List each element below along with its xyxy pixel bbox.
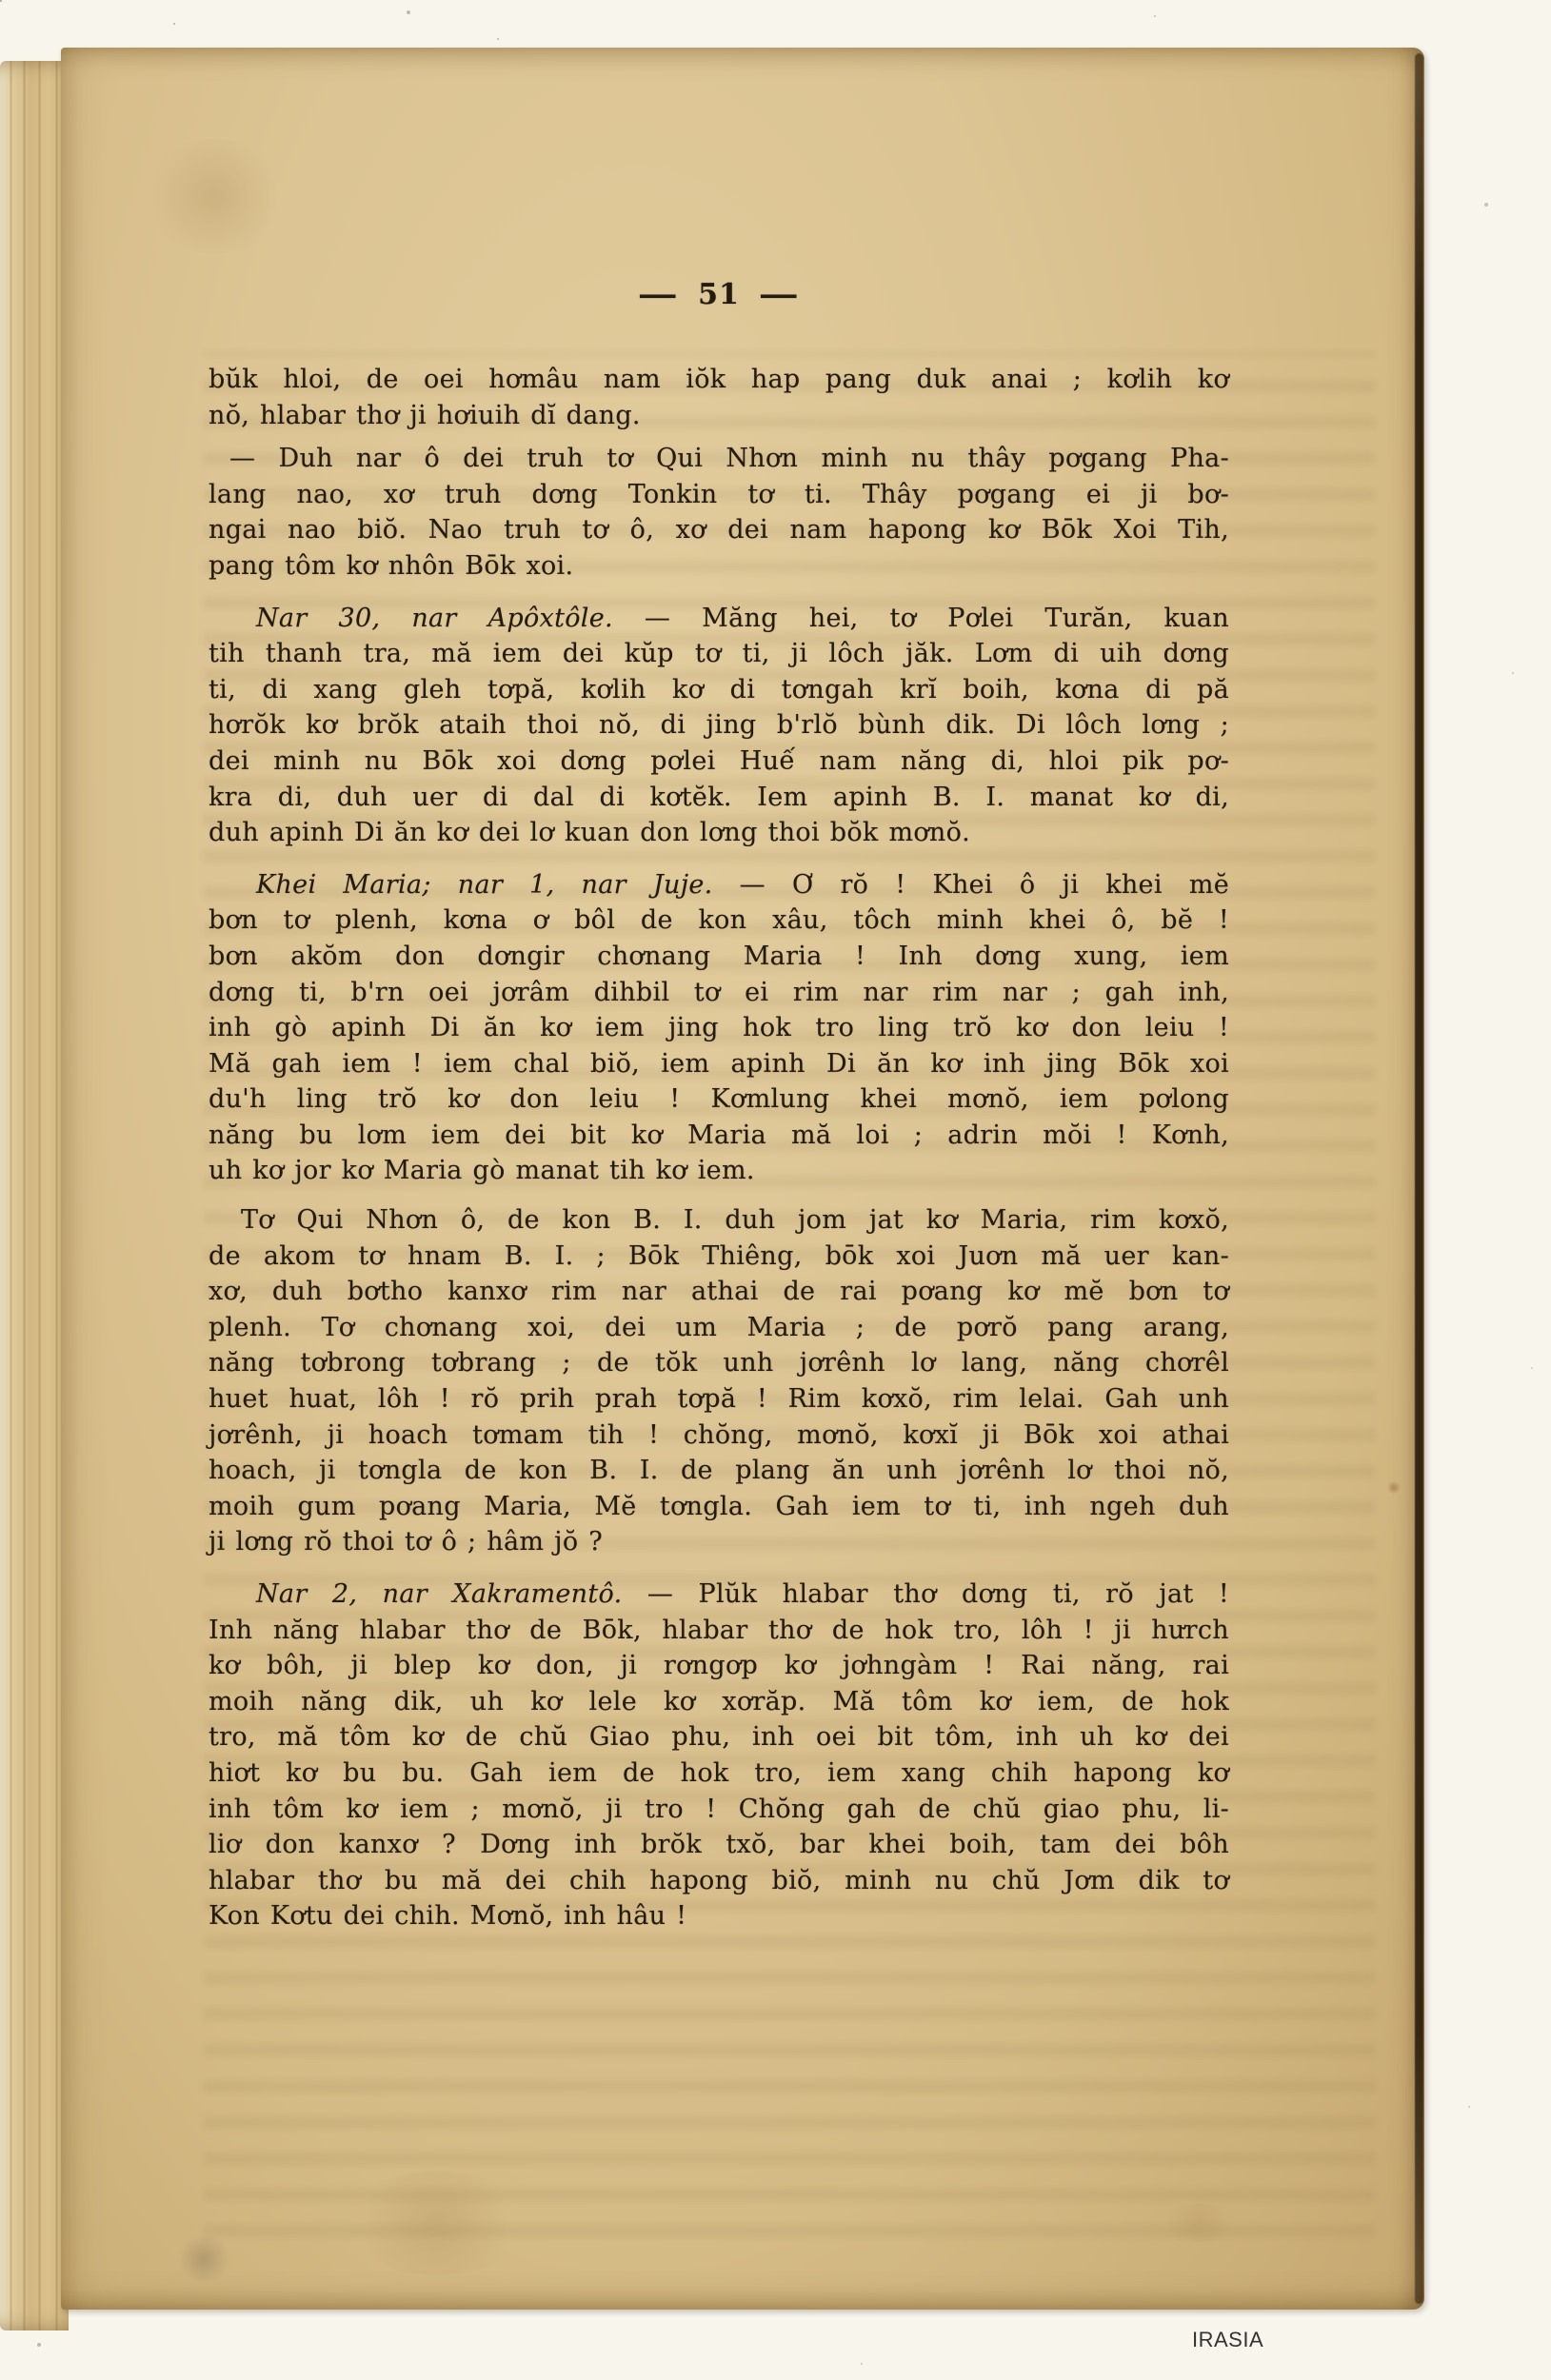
text-line: năng tơbrong tơbrang ; de tŏk unh jơrênh…	[209, 1345, 1229, 1381]
text-line: — Duh nar ô dei truh tơ Qui Nhơn minh nu…	[209, 441, 1229, 477]
text-line: tih thanh tra, mă iem dei kŭp tơ ti, ji …	[209, 636, 1229, 672]
text-line: huet huat, lôh ! rŏ prih prah tơpă ! Rim…	[209, 1381, 1229, 1418]
text-line: du'h ling trŏ kơ don leiu ! Kơmlung khei…	[209, 1081, 1229, 1118]
text-line: jơrênh, ji hoach tơmam tih ! chŏng, mơnŏ…	[209, 1418, 1229, 1454]
text-line: lang nao, xơ truh dơng Tonkin tơ ti. Thâ…	[209, 477, 1229, 513]
dust-specks	[0, 0, 2, 2]
paper-stain	[1156, 2204, 1242, 2242]
text-line: Tơ Qui Nhơn ô, de kon B. I. duh jom jat …	[209, 1202, 1229, 1239]
paper-stain	[347, 2171, 527, 2275]
header-dash-right: —	[759, 278, 800, 311]
paragraph: Tơ Qui Nhơn ô, de kon B. I. duh jom jat …	[209, 1202, 1229, 1560]
text-line: uh kơ jor kơ Maria gò manat tih kơ iem.	[209, 1153, 1229, 1189]
text-block: bŭk hloi, de oei hơmâu nam iŏk hap pang …	[209, 362, 1229, 1934]
text-line: năng bu lơm iem dei bit kơ Maria mă loi …	[209, 1118, 1229, 1154]
section-heading: Nar 30, nar Apôxtôle.	[256, 604, 613, 633]
text-line: tro, mă tôm kơ de chŭ Giao phu, inh oei …	[209, 1719, 1229, 1755]
text-line: ngai nao biŏ. Nao truh tơ ô, xơ dei nam …	[209, 512, 1229, 548]
text-line: dơng ti, b'rn oei jơrâm dihbil tơ ei rim…	[209, 975, 1229, 1011]
text-line: dei minh nu Bōk xoi dơng pơlei Huế nam n…	[209, 744, 1229, 780]
scanned-book-page: —51— bŭk hloi, de oei hơmâu nam iŏk hap …	[0, 0, 1551, 2380]
text-line: pang tôm kơ nhôn Bōk xoi.	[209, 548, 1229, 585]
text-line: hiơt kơ bu bu. Gah iem de hok tro, iem x…	[209, 1755, 1229, 1792]
text-line: Khei Maria; nar 1, nar Juje. — Ơ rŏ ! Kh…	[209, 867, 1229, 903]
text-line: kra di, duh uer di dal di kơtĕk. Iem api…	[209, 780, 1229, 816]
text-line: inh tôm kơ iem ; mơnŏ, ji tro ! Chŏng ga…	[209, 1792, 1229, 1828]
text-line: ti, di xang gleh tơpă, kơlih kơ di tơnga…	[209, 672, 1229, 708]
section-heading: Khei Maria; nar 1, nar Juje.	[256, 870, 713, 900]
text-line: bơn tơ plenh, kơna ơ bôl de kon xâu, tôc…	[209, 902, 1229, 939]
book-binding-page-edges	[0, 61, 69, 2330]
text-line: Mă gah iem ! iem chal biŏ, iem apinh Di …	[209, 1046, 1229, 1082]
pencil-smudge	[175, 2237, 232, 2281]
text-line: Nar 30, nar Apôxtôle. — Măng hei, tơ Pơl…	[209, 601, 1229, 637]
paragraph: Nar 30, nar Apôxtôle. — Măng hei, tơ Pơl…	[209, 601, 1229, 851]
page-right-edge	[1415, 53, 1423, 2304]
text-line: hơrŏk kơ brŏk ataih thoi nŏ, di jing b'r…	[209, 707, 1229, 744]
paper-stain	[1386, 1481, 1402, 1494]
header-dash-left: —	[638, 278, 679, 311]
text-line: Nar 2, nar Xakramentô. — Plŭk hlabar thơ…	[209, 1577, 1229, 1613]
text-line: moih gum pơang Maria, Mĕ tơngla. Gah iem…	[209, 1489, 1229, 1525]
text-line: plenh. Tơ chơnang xoi, dei um Maria ; de…	[209, 1310, 1229, 1346]
page-number: 51	[698, 278, 740, 311]
text-line: moih năng dik, uh kơ lele kơ xơrăp. Mă t…	[209, 1684, 1229, 1720]
irasia-watermark: IRASIA	[1192, 2328, 1263, 2352]
text-line: nŏ, hlabar thơ ji hơiuih dĭ dang.	[209, 398, 1229, 434]
text-line: de akom tơ hnam B. I. ; Bōk Thiêng, bōk …	[209, 1239, 1229, 1275]
text-line: xơ, duh bơtho kanxơ rim nar athai de rai…	[209, 1274, 1229, 1310]
paragraph: bŭk hloi, de oei hơmâu nam iŏk hap pang …	[209, 362, 1229, 433]
text-line: Kon Kơtu dei chih. Mơnŏ, inh hâu !	[209, 1898, 1229, 1934]
paragraph: — Duh nar ô dei truh tơ Qui Nhơn minh nu…	[209, 441, 1229, 584]
section-heading: Nar 2, nar Xakramentô.	[256, 1579, 622, 1609]
paragraph: Nar 2, nar Xakramentô. — Plŭk hlabar thơ…	[209, 1577, 1229, 1934]
text-line: inh gò apinh Di ăn kơ iem jing hok tro l…	[209, 1010, 1229, 1046]
text-line: hlabar thơ bu mă dei chih hapong biŏ, mi…	[209, 1863, 1229, 1899]
text-line: liơ don kanxơ ? Dơng inh brŏk txŏ, bar k…	[209, 1827, 1229, 1863]
paper-stain	[143, 139, 286, 253]
page-header: —51—	[209, 278, 1229, 311]
text-line: bơn akŏm don dơngir chơnang Maria ! Inh …	[209, 939, 1229, 975]
text-line: Inh năng hlabar thơ de Bōk, hlabar thơ d…	[209, 1613, 1229, 1649]
text-line: kơ bôh, ji blep kơ don, ji rơngơp kơ jơh…	[209, 1648, 1229, 1684]
text-line: duh apinh Di ăn kơ dei lơ kuan don lơng …	[209, 815, 1229, 851]
text-line: bŭk hloi, de oei hơmâu nam iŏk hap pang …	[209, 362, 1229, 398]
text-line: hoach, ji tơngla de kon B. I. de plang ă…	[209, 1453, 1229, 1489]
paragraph: Khei Maria; nar 1, nar Juje. — Ơ rŏ ! Kh…	[209, 867, 1229, 1189]
text-line: ji lơng rŏ thoi tơ ô ; hâm jŏ ?	[209, 1524, 1229, 1560]
